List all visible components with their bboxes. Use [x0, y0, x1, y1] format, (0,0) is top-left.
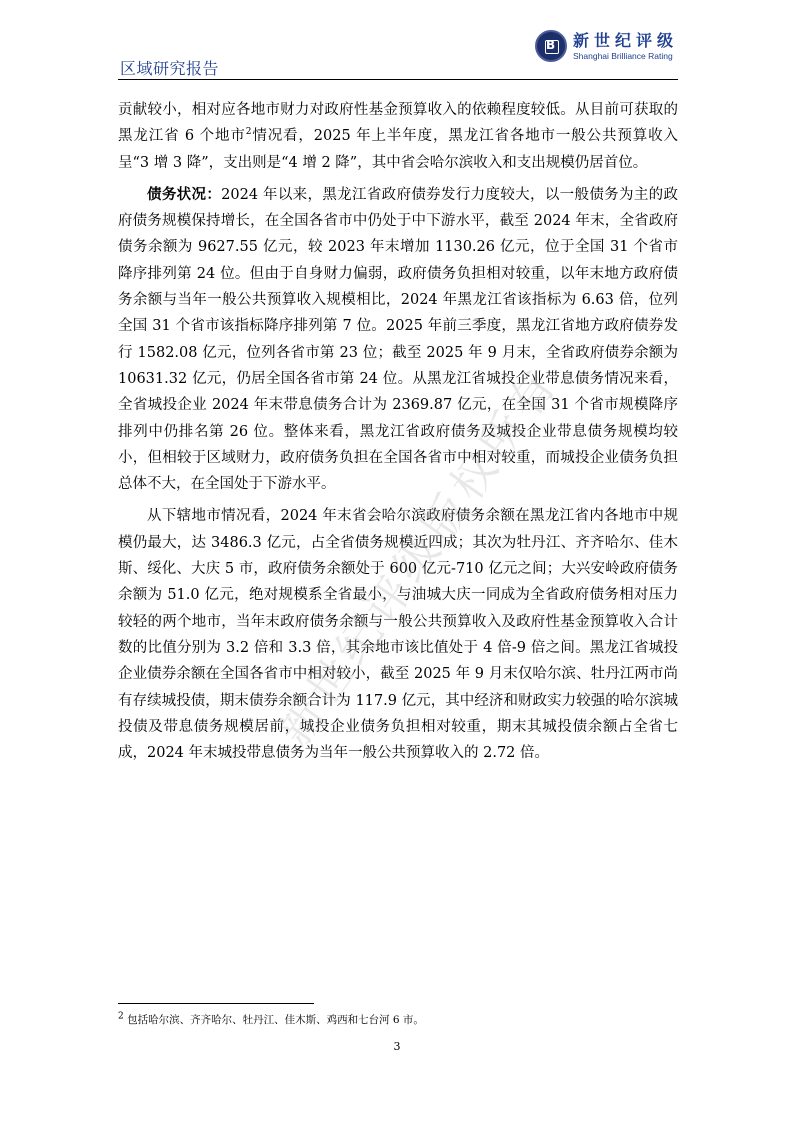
paragraph-debt-status: 债务状况：2024 年以来，黑龙江省政府债券发行力度较大，以一般债务为主的政府债…: [118, 182, 678, 498]
logo-name-en: Shanghai Brilliance Rating: [573, 51, 678, 62]
footnote: 2 包括哈尔滨、齐齐哈尔、牡丹江、佳木斯、鸡西和七台河 6 市。: [118, 1012, 424, 1027]
page-header: 区域研究报告 新世纪评级 Shanghai Brilliance Rating: [118, 26, 678, 78]
paragraph-text: 从下辖地市情况看，2024 年末省会哈尔滨政府债务余额在黑龙江省内各地市中规模仍…: [118, 508, 678, 761]
footnote-divider: [118, 1003, 314, 1004]
logo-text: 新世纪评级 Shanghai Brilliance Rating: [573, 31, 678, 62]
section-title: 区域研究报告: [120, 56, 219, 79]
footnote-text: 包括哈尔滨、齐齐哈尔、牡丹江、佳木斯、鸡西和七台河 6 市。: [124, 1014, 424, 1026]
paragraph-text: 2024 年以来，黑龙江省政府债券发行力度较大，以一般债务为主的政府债务规模保持…: [118, 187, 678, 492]
company-logo: 新世纪评级 Shanghai Brilliance Rating: [535, 26, 678, 66]
page-number: 3: [0, 1040, 794, 1053]
paragraph-lead-heading: 债务状况：: [147, 186, 221, 203]
paragraph-city-debt: 从下辖地市情况看，2024 年末省会哈尔滨政府债务余额在黑龙江省内各地市中规模仍…: [118, 503, 678, 766]
header-divider: [118, 79, 678, 80]
paragraph-fiscal-dependency: 贡献较小，相对应各地市财力对政府性基金预算收入的依赖程度较低。从目前可获取的黑龙…: [118, 97, 678, 176]
logo-name-cn: 新世纪评级: [573, 31, 678, 51]
document-page: 区域研究报告 新世纪评级 Shanghai Brilliance Rating …: [0, 0, 794, 1123]
document-body: 贡献较小，相对应各地市财力对政府性基金预算收入的依赖程度较低。从目前可获取的黑龙…: [118, 97, 678, 772]
emblem-icon: [535, 30, 567, 62]
